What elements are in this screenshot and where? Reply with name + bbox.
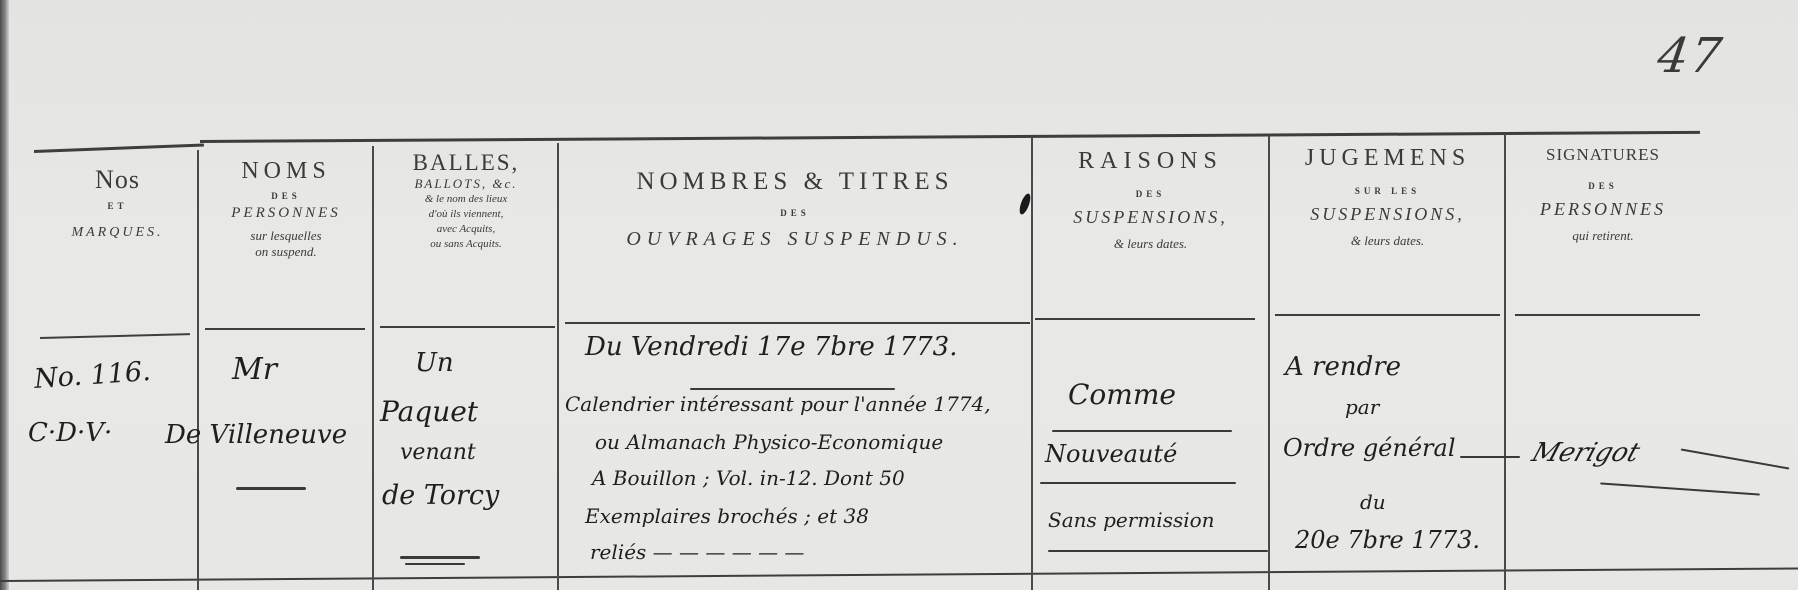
table-top-rule bbox=[34, 143, 204, 153]
reason-underline bbox=[1052, 430, 1232, 432]
works-line: ou Almanach Physico-Economique bbox=[595, 430, 943, 454]
date-underline bbox=[690, 388, 895, 390]
works-line: Exemplaires brochés ; et 38 bbox=[585, 504, 869, 528]
header-signatures: SIGNATURES DES PERSONNES qui retirent. bbox=[1506, 145, 1700, 244]
reason-underline bbox=[1040, 482, 1236, 484]
column-divider bbox=[557, 143, 559, 590]
table-top-rule bbox=[200, 131, 1700, 143]
judgement-line: Ordre général bbox=[1283, 434, 1456, 462]
header-ouvrages: NOMBRES & TITRES DES OUVRAGES SUSPENDUS. bbox=[560, 168, 1030, 251]
bale-flourish bbox=[405, 563, 465, 565]
header-bottom-rule bbox=[1275, 314, 1500, 316]
bale-line: Paquet bbox=[380, 395, 478, 428]
judgement-flourish bbox=[1460, 456, 1520, 458]
reason-line: Sans permission bbox=[1048, 508, 1215, 532]
header-bottom-rule bbox=[1035, 318, 1255, 320]
header-numeros: Nos ET MARQUES. bbox=[40, 165, 195, 241]
header-bottom-rule bbox=[565, 322, 1030, 324]
header-jugemens: JUGEMENS SUR LES SUSPENSIONS, & leurs da… bbox=[1270, 145, 1505, 249]
bale-line: venant bbox=[400, 440, 476, 465]
signature-flourish bbox=[1600, 482, 1760, 495]
reason-line: Comme bbox=[1068, 378, 1176, 411]
judgement-line: par bbox=[1345, 395, 1379, 419]
bale-line: Un bbox=[415, 348, 454, 378]
header-bottom-rule bbox=[205, 328, 365, 330]
judgement-line: du bbox=[1360, 490, 1386, 514]
signature-flourish bbox=[1681, 448, 1790, 469]
page-binding-edge bbox=[0, 0, 9, 590]
folio-number: 47 bbox=[1654, 28, 1727, 84]
column-divider bbox=[372, 146, 374, 590]
works-line: reliés — — — — — — bbox=[590, 540, 804, 564]
table-bottom-rule bbox=[0, 567, 1798, 582]
judgement-line: 20e 7bre 1773. bbox=[1295, 526, 1480, 554]
header-bottom-rule bbox=[40, 333, 190, 339]
register-page: 47 Nos ET MARQUES. NOMS DES PERSONNES su… bbox=[0, 0, 1798, 590]
signature: Merigot bbox=[1528, 438, 1643, 468]
works-line: A Bouillon ; Vol. in-12. Dont 50 bbox=[592, 466, 905, 490]
header-noms: NOMS DES PERSONNES sur lesquelles on sus… bbox=[200, 158, 372, 260]
person-title: Mr bbox=[232, 352, 277, 387]
header-bottom-rule bbox=[1515, 314, 1700, 316]
bale-flourish bbox=[400, 556, 480, 559]
bale-line: de Torcy bbox=[382, 480, 499, 511]
entry-mark: C·D·V· bbox=[28, 418, 112, 448]
works-date: Du Vendredi 17e 7bre 1773. bbox=[585, 332, 958, 362]
header-bottom-rule bbox=[380, 326, 555, 328]
reason-underline bbox=[1048, 550, 1268, 552]
entry-number: No. 116. bbox=[33, 356, 152, 395]
reason-line: Nouveauté bbox=[1045, 440, 1177, 468]
column-divider bbox=[197, 150, 199, 590]
name-underline-flourish bbox=[236, 487, 306, 490]
header-balles: BALLES, BALLOTS, &c. & le nom des lieux … bbox=[375, 150, 557, 252]
person-name: De Villeneuve bbox=[165, 420, 347, 450]
header-raisons: RAISONS DES SUSPENSIONS, & leurs dates. bbox=[1033, 148, 1268, 252]
works-line: Calendrier intéressant pour l'année 1774… bbox=[565, 392, 991, 416]
judgement-line: A rendre bbox=[1285, 352, 1401, 382]
